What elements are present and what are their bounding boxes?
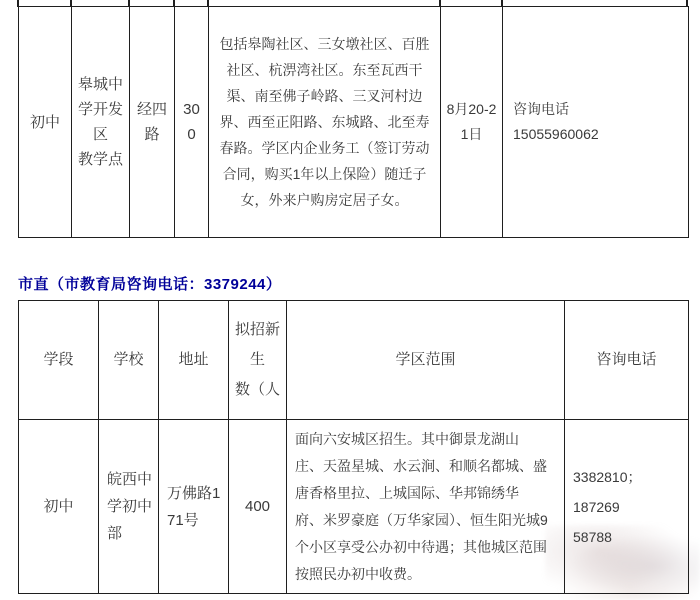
stage-cell: 初中 <box>19 7 72 238</box>
cut-row-border-stub <box>439 0 441 7</box>
district-cell: 包括皋陶社区、三女墩社区、百胜 社区、杭淠湾社区。东至瓦西干 渠、南至佛子岭路、… <box>209 7 441 238</box>
stage-cell: 初中 <box>19 420 99 594</box>
district-cell: 面向六安城区招生。其中御景龙湖山 庄、天盈星城、水云涧、和顺名都城、盛 唐香格里… <box>287 420 565 594</box>
header-phone: 咨询电话 <box>565 301 689 420</box>
municipal-enrollment-table: 学段 学校 地址 拟招新 生 数（人 学区范围 咨询电话 初中 皖西中 学初中 … <box>18 300 689 594</box>
cut-row-border-stub <box>17 0 19 7</box>
cut-row-border-stub <box>686 0 688 7</box>
school-cell: 皖西中 学初中 部 <box>99 420 159 594</box>
table-header-row: 学段 学校 地址 拟招新 生 数（人 学区范围 咨询电话 <box>19 301 689 420</box>
date-cell: 8月20-2 1日 <box>441 7 503 238</box>
header-stage: 学段 <box>19 301 99 420</box>
header-school: 学校 <box>99 301 159 420</box>
school-cell: 皋城中 学开发 区 教学点 <box>72 7 130 238</box>
address-cell: 经四 路 <box>130 7 175 238</box>
address-cell: 万佛路1 71号 <box>159 420 229 594</box>
cut-row-border-stub <box>501 0 503 7</box>
cut-row-border-stub <box>70 0 72 7</box>
table-row: 初中 皋城中 学开发 区 教学点 经四 路 30 0 包括皋陶社区、三女墩社区、… <box>19 7 689 238</box>
header-district: 学区范围 <box>287 301 565 420</box>
header-address: 地址 <box>159 301 229 420</box>
quota-cell: 30 0 <box>175 7 209 238</box>
document-page: 初中 皋城中 学开发 区 教学点 经四 路 30 0 包括皋陶社区、三女墩社区、… <box>0 0 700 600</box>
cut-row-border-stub <box>173 0 175 7</box>
continued-enrollment-table: 初中 皋城中 学开发 区 教学点 经四 路 30 0 包括皋陶社区、三女墩社区、… <box>18 6 689 238</box>
section-title: 市直（市教育局咨询电话：3379244） <box>18 273 281 294</box>
phone-cell: 咨询电话 15055960062 <box>503 7 689 238</box>
quota-cell: 400 <box>229 420 287 594</box>
phone-cell: 3382810；187269 58788 <box>565 420 689 594</box>
header-quota: 拟招新 生 数（人 <box>229 301 287 420</box>
table-row: 初中 皖西中 学初中 部 万佛路1 71号 400 面向六安城区招生。其中御景龙… <box>19 420 689 594</box>
cut-row-border-stub <box>207 0 209 7</box>
cut-row-border-stub <box>128 0 130 7</box>
